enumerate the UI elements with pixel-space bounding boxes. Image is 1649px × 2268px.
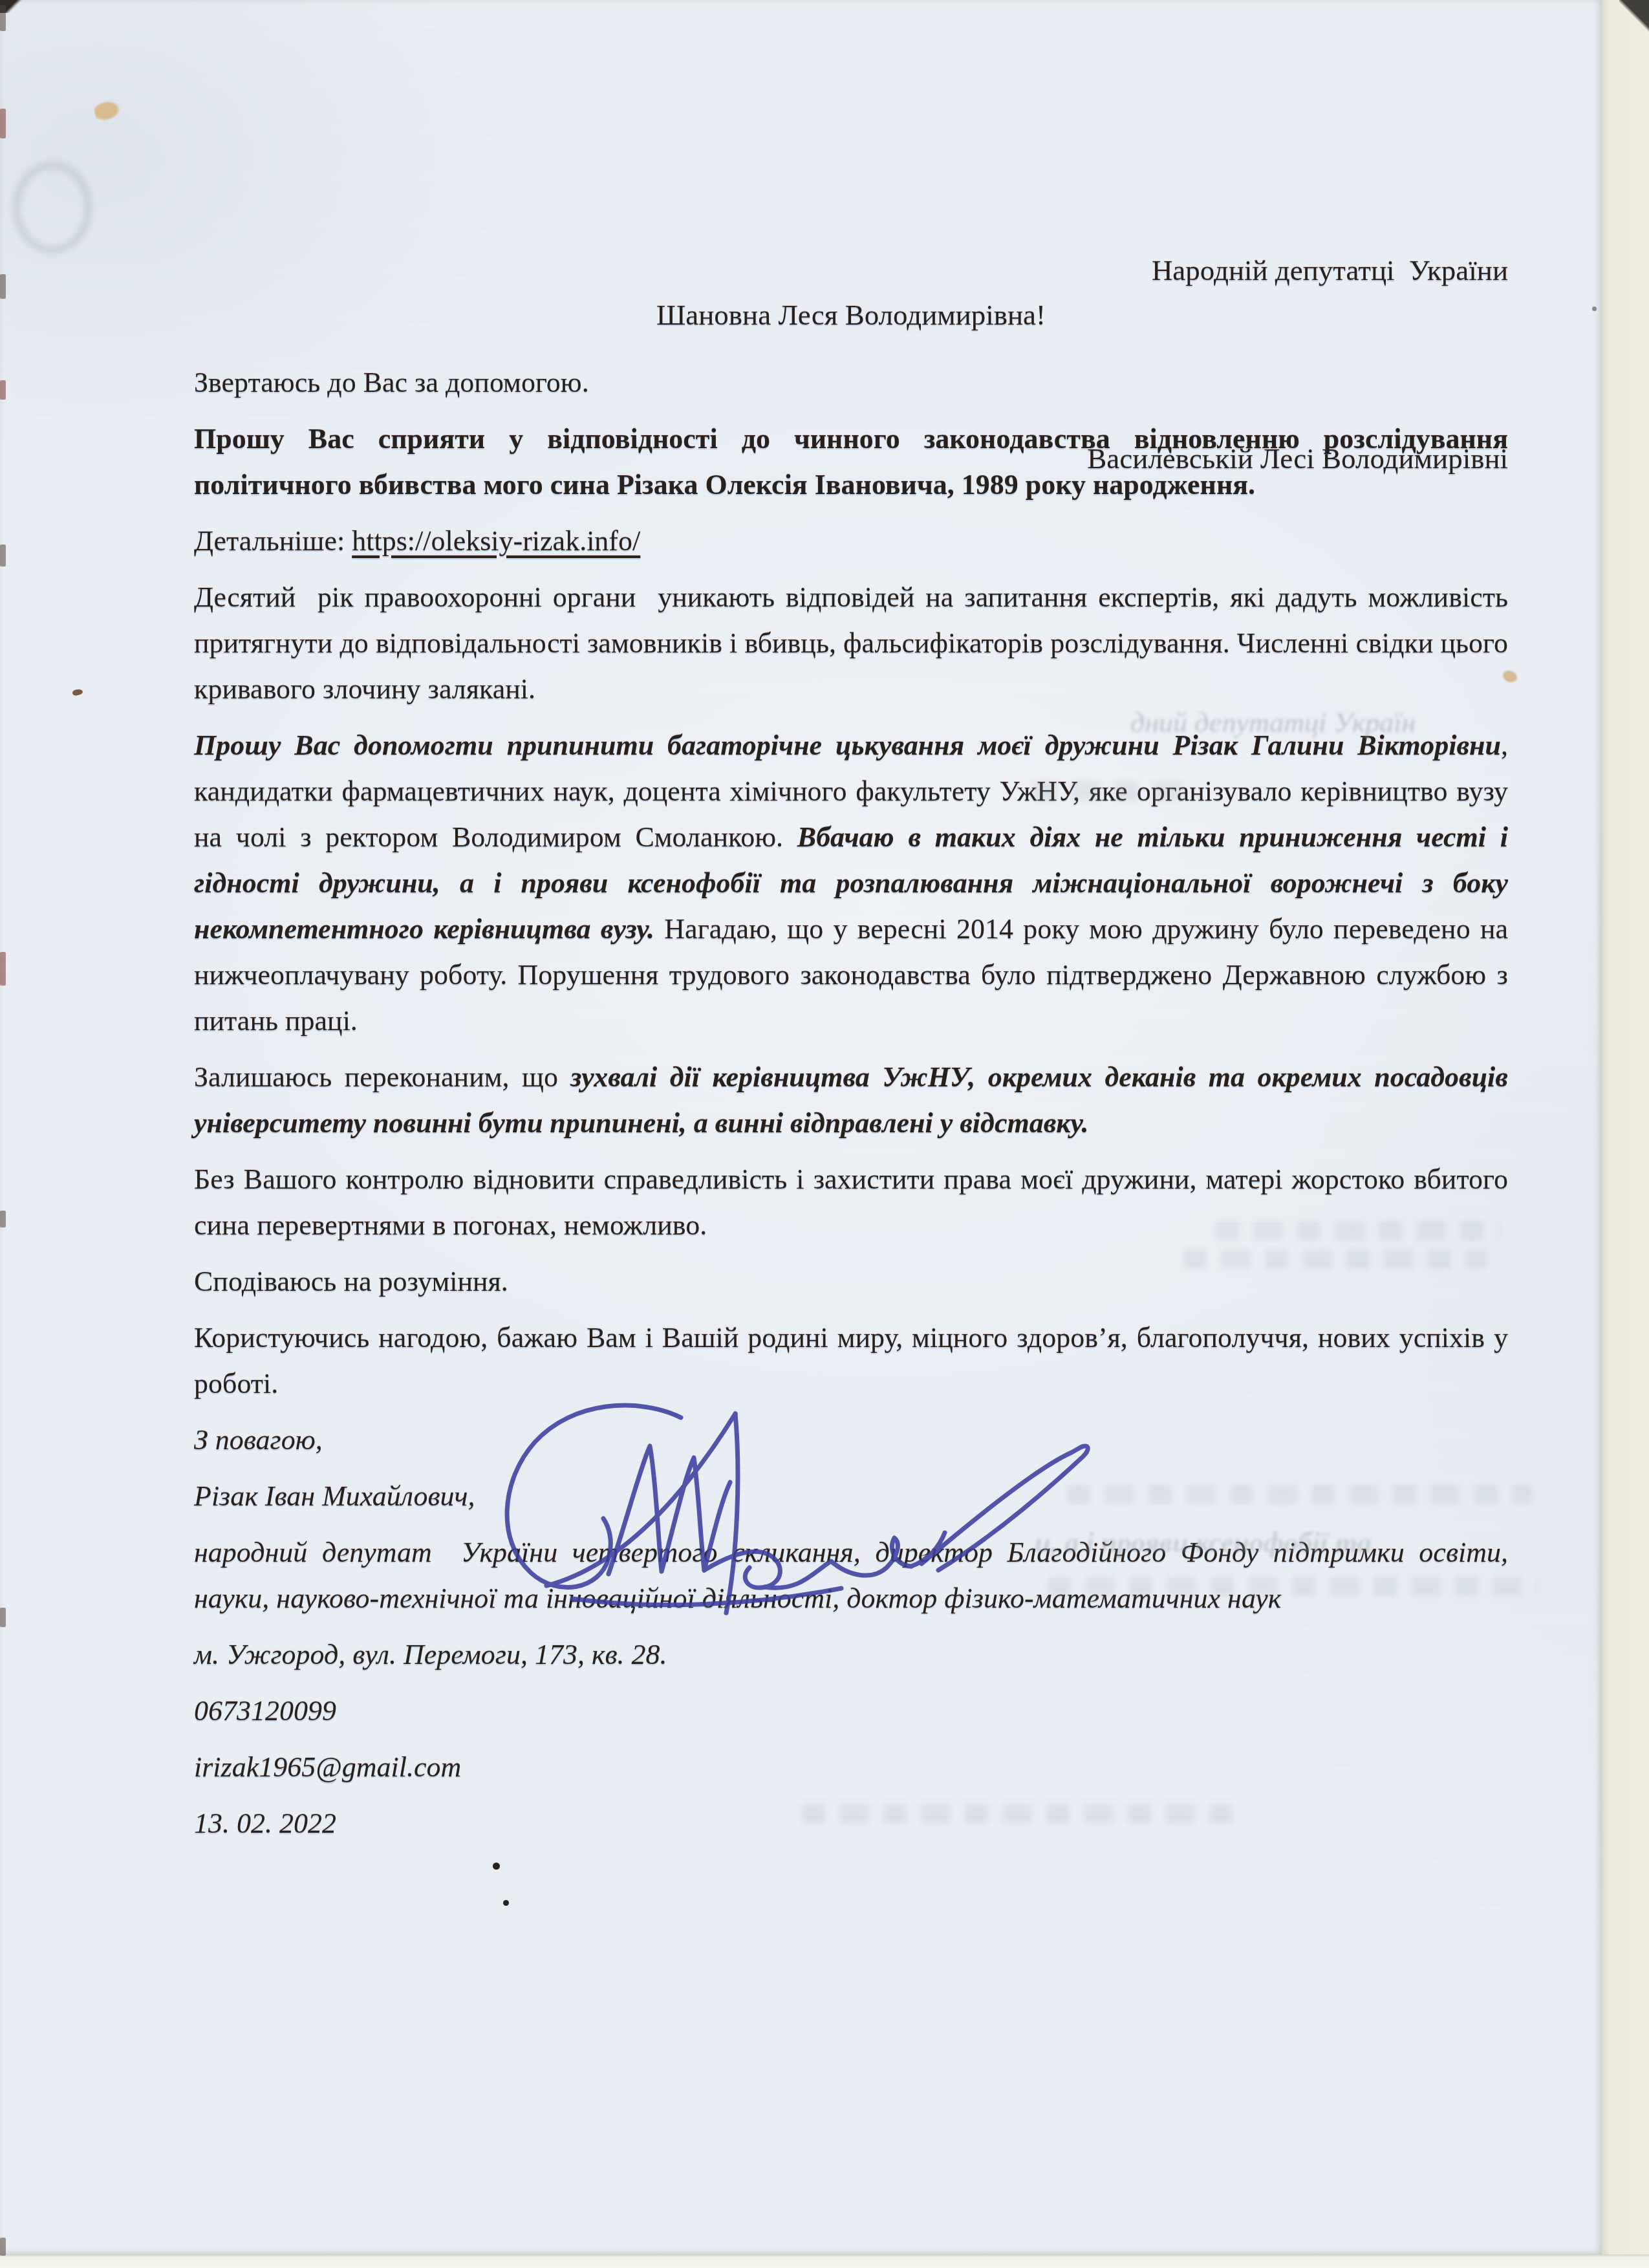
- bleedthrough-line: [1048, 1577, 1539, 1596]
- signature-scribble: [475, 1390, 1109, 1623]
- scanner-bed-bottom-strip: [0, 2254, 1649, 2268]
- scan-edge-mark: [0, 380, 6, 400]
- salutation: Шановна Леся Володимирівна!: [194, 299, 1508, 331]
- bleedthrough-line: [802, 1804, 1242, 1824]
- bleedthrough-line: [1033, 781, 1189, 801]
- scan-edge-mark: [0, 1211, 6, 1227]
- paragraph-decade: Десятий рік правоохоронні органи уникают…: [194, 574, 1508, 712]
- scan-edge-mark: [0, 952, 6, 986]
- request-bold-text: Прошу Вас сприяти у відповідності до чин…: [194, 423, 1515, 501]
- paragraph-help: Прошу Вас допомогти припинити багаторічн…: [194, 722, 1508, 1044]
- signer-email: irizak1965@gmail.com: [194, 1744, 1508, 1790]
- details-label: Детальніше:: [194, 525, 352, 557]
- paper-speck: [1592, 307, 1597, 311]
- scan-edge-mark: [0, 274, 6, 299]
- signature: [475, 1390, 1109, 1623]
- paragraph-intro: Звертаюсь до Вас за допомогою.: [194, 360, 1508, 405]
- bleedthrough-line: [1183, 1249, 1487, 1269]
- bleedthrough-text: дний депутатці Україн: [1130, 706, 1416, 739]
- scan-edge-mark: [0, 109, 6, 138]
- scan-edge-mark: [0, 2238, 6, 2256]
- recipient-line-1: Народній депутатці України: [1087, 239, 1508, 302]
- signer-phone: 0673120099: [194, 1688, 1508, 1734]
- ink-dot: [493, 1863, 500, 1870]
- ink-dot: [503, 1900, 509, 1906]
- paragraph-details: Детальніше: https://oleksiy-rizak.info/: [194, 518, 1508, 564]
- paper-smudge: [13, 162, 92, 254]
- bleedthrough-line: [1216, 1221, 1500, 1240]
- conviction-regular: Залишаюсь переконаним, що: [194, 1061, 570, 1093]
- scanned-letter-page: дний депутатці Україн и, а і прояви ксен…: [0, 0, 1649, 2268]
- paragraph-request: Прошу Вас сприяти у відповідності до чин…: [194, 416, 1508, 508]
- scan-edge-mark: [0, 1608, 6, 1627]
- paragraph-conviction: Залишаюсь переконаним, що зухвалі дії ке…: [194, 1054, 1508, 1146]
- scanner-bed-right-strip: [1602, 0, 1649, 2268]
- signer-address: м. Ужгород, вул. Перемоги, 173, кв. 28.: [194, 1632, 1508, 1678]
- scan-edge-mark: [0, 545, 6, 567]
- bleedthrough-line: [1067, 1485, 1533, 1504]
- details-url: https://oleksiy-rizak.info/: [352, 525, 640, 557]
- letter-body: Звертаюсь до Вас за допомогою. Прошу Вас…: [194, 360, 1508, 1857]
- scan-corner-artifact-top-right: [1619, 0, 1649, 35]
- scan-edge-mark: [0, 5, 6, 31]
